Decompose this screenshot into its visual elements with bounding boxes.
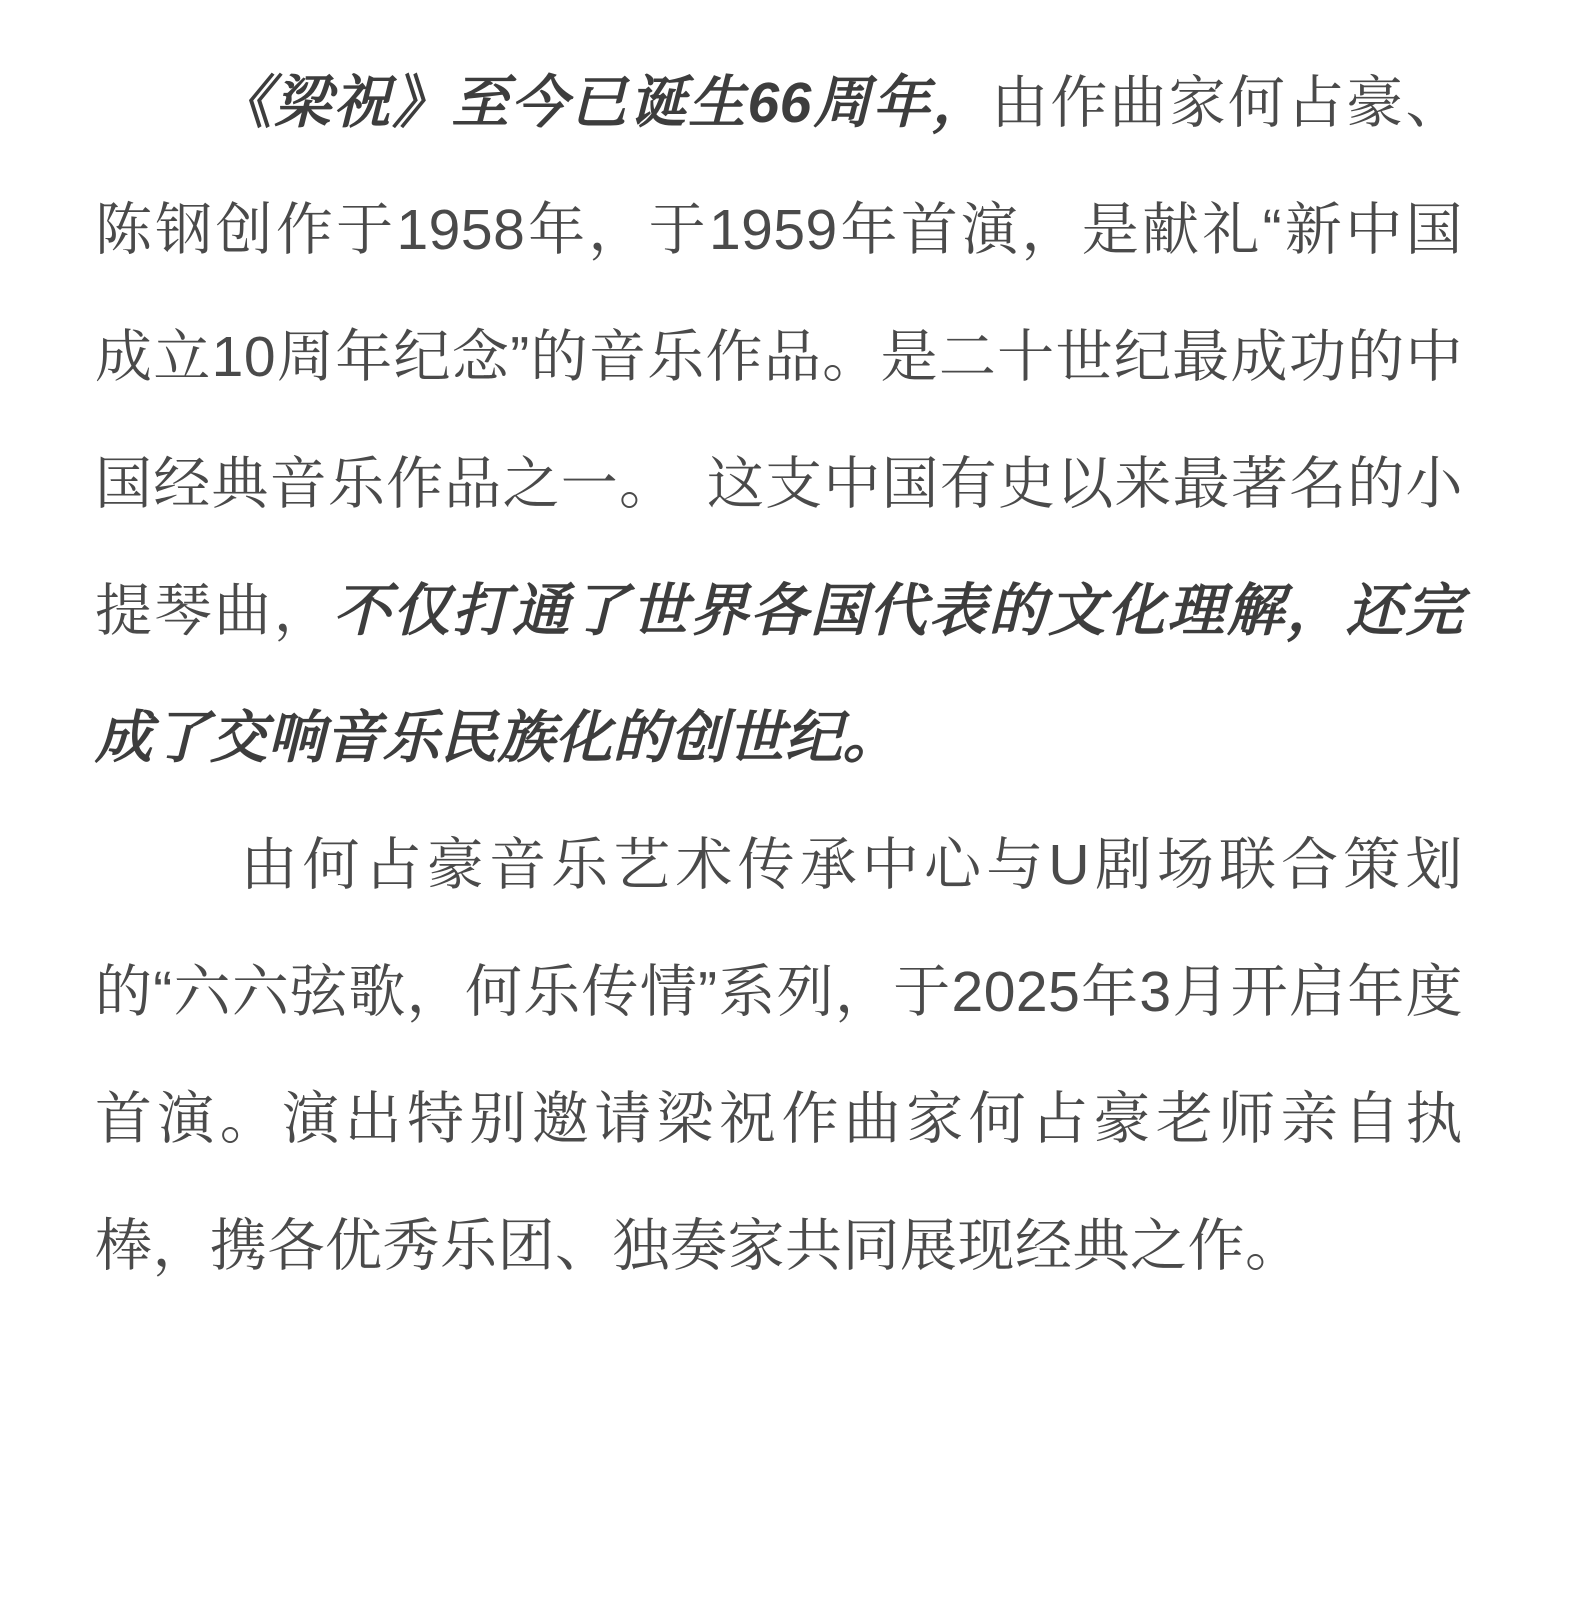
paragraph-liangzhu-history: 《梁祝》至今已诞生66周年，由作曲家何占豪、陈钢创作于1958年，于1959年首… bbox=[95, 40, 1463, 802]
paragraph-concert-series: 由何占豪音乐艺术传承中心与U剧场联合策划的“六六弦歌，何乐传情”系列，于2025… bbox=[95, 802, 1463, 1310]
text-run: 由何占豪音乐艺术传承中心与U剧场联合策划的“六六弦歌，何乐传情”系列，于2025… bbox=[95, 833, 1463, 1278]
text-run: 《梁祝》至今已诞生66周年， bbox=[215, 71, 991, 135]
article-body: 《梁祝》至今已诞生66周年，由作曲家何占豪、陈钢创作于1958年，于1959年首… bbox=[95, 40, 1463, 1310]
text-run: 由作曲家何占豪、陈钢创作于1958年，于1959年首演，是献礼“新中国成立10周… bbox=[95, 71, 1463, 643]
